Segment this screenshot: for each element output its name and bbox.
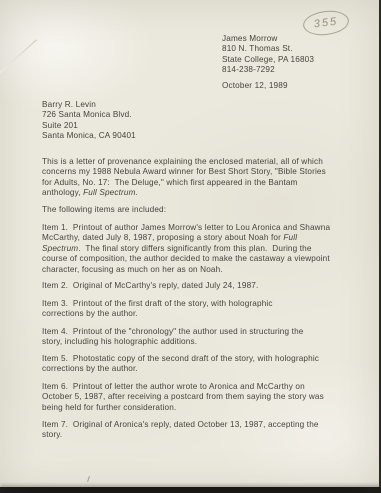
address-line: 814-238-7292 — [222, 65, 314, 75]
text-line: course of composition, the author decide… — [42, 254, 330, 264]
text-line: concerns my 1988 Nebula Award winner for… — [42, 167, 326, 177]
date-line: October 12, 1989 — [222, 81, 288, 91]
text-line: October 5, 1987, after receiving a postc… — [42, 392, 324, 402]
circled-number-text: 355 — [313, 16, 339, 31]
address-line: Santa Monica, CA 90401 — [42, 131, 136, 141]
letter-item-6: Item 6. Printout of letter the author wr… — [42, 382, 324, 413]
address-line: State College, PA 16803 — [222, 55, 314, 65]
text-line: Item 2. Original of McCarthy's reply, da… — [42, 281, 258, 291]
text-line: being held for further consideration. — [42, 403, 324, 413]
letter-item-2: Item 2. Original of McCarthy's reply, da… — [42, 281, 258, 291]
items-heading: The following items are included: — [42, 205, 166, 215]
text-line: This is a letter of provenance explainin… — [42, 157, 326, 167]
text-line: Item 5. Photostatic copy of the second d… — [42, 354, 319, 364]
text-line: corrections by the author. — [42, 364, 319, 374]
letter-item-1: Item 1. Printout of author James Morrow'… — [42, 223, 330, 275]
text-line: corrections by the author. — [42, 309, 273, 319]
address-line: Suite 201 — [42, 121, 136, 131]
text-line: Item 3. Printout of the first draft of t… — [42, 299, 273, 309]
recipient-address-block: Barry R. Levin726 Santa Monica Blvd.Suit… — [42, 100, 136, 142]
letter-item-5: Item 5. Photostatic copy of the second d… — [42, 354, 319, 375]
scanned-letter-page: 355 James Morrow810 N. Thomas St.State C… — [0, 0, 381, 493]
text-line: story. — [42, 430, 319, 440]
date-text: October 12, 1989 — [222, 81, 288, 90]
text-line: McCarthy, dated July 8, 1987, proposing … — [42, 233, 330, 243]
items-heading-text: The following items are included: — [42, 205, 166, 214]
letter-item-4: Item 4. Printout of the "chronology" the… — [42, 327, 303, 348]
address-line: Barry R. Levin — [42, 100, 136, 110]
text-line: Item 1. Printout of author James Morrow'… — [42, 223, 330, 233]
text-line: character, focusing as much on her as on… — [42, 265, 330, 275]
sender-address-block: James Morrow810 N. Thomas St.State Colle… — [222, 34, 314, 76]
text-line: Item 7. Original of Aronica's reply, dat… — [42, 420, 319, 430]
text-line: story, including his holographic additio… — [42, 337, 303, 347]
paper-crease-mark — [0, 39, 37, 73]
scan-edge-bottom — [0, 487, 381, 493]
pencil-tick-mark — [87, 476, 90, 482]
address-line: James Morrow — [222, 34, 314, 44]
text-line: Item 6. Printout of letter the author wr… — [42, 382, 324, 392]
address-line: 810 N. Thomas St. — [222, 44, 314, 54]
intro-paragraph: This is a letter of provenance explainin… — [42, 157, 326, 199]
letter-item-7: Item 7. Original of Aronica's reply, dat… — [42, 420, 319, 441]
letter-item-3: Item 3. Printout of the first draft of t… — [42, 299, 273, 320]
text-line: Item 4. Printout of the "chronology" the… — [42, 327, 303, 337]
text-line: for Adults, No. 17: The Deluge," which f… — [42, 178, 326, 188]
text-line: Spectrum. The final story differs signif… — [42, 244, 330, 254]
text-line: anthology, Full Spectrum. — [42, 188, 326, 198]
address-line: 726 Santa Monica Blvd. — [42, 110, 136, 120]
